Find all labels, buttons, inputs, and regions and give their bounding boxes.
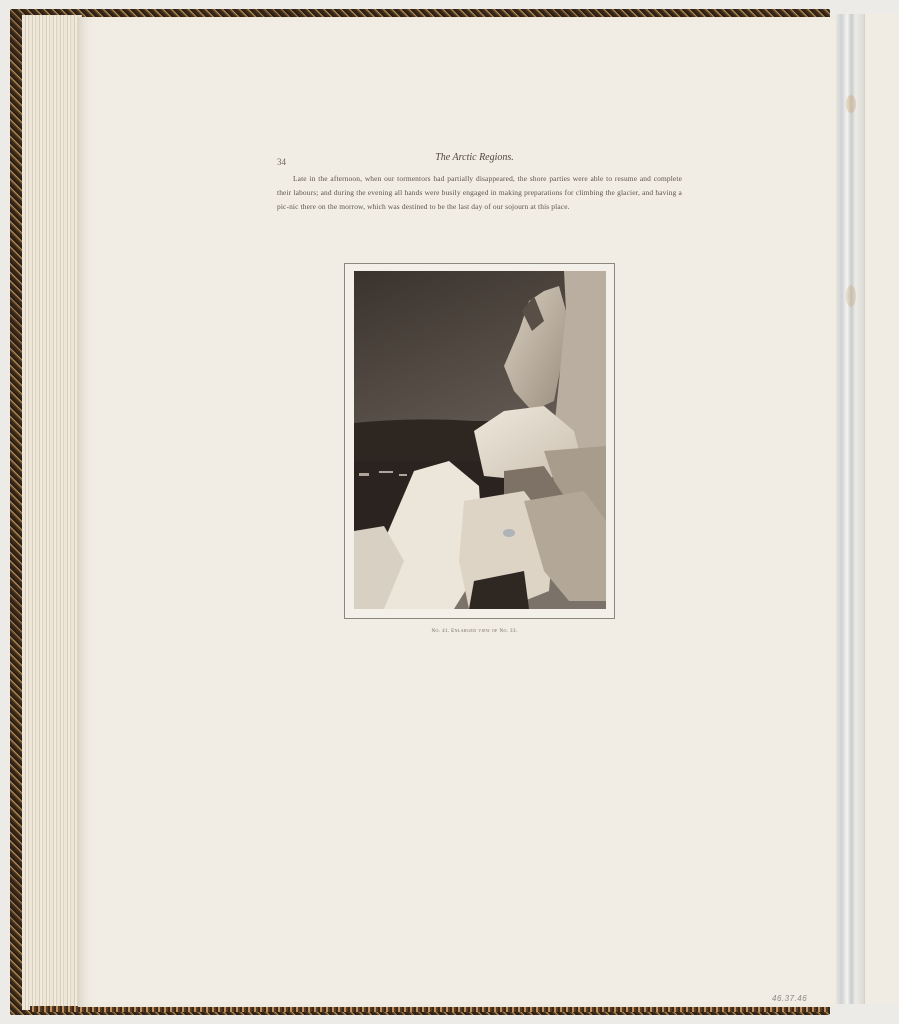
body-paragraph: Late in the afternoon, when our tormento… <box>277 172 682 215</box>
glacier-photograph <box>354 271 606 609</box>
running-head: The Arctic Regions. <box>0 152 899 163</box>
page-edges-stack <box>22 15 82 1010</box>
glacier-photo-image <box>354 271 606 609</box>
plate-caption: No. 41. Enlarged view of No. 33. <box>0 628 899 634</box>
accession-number: 46.37.46 <box>772 994 807 1003</box>
foxing-stain <box>846 285 856 307</box>
foxing-stain <box>846 95 856 113</box>
